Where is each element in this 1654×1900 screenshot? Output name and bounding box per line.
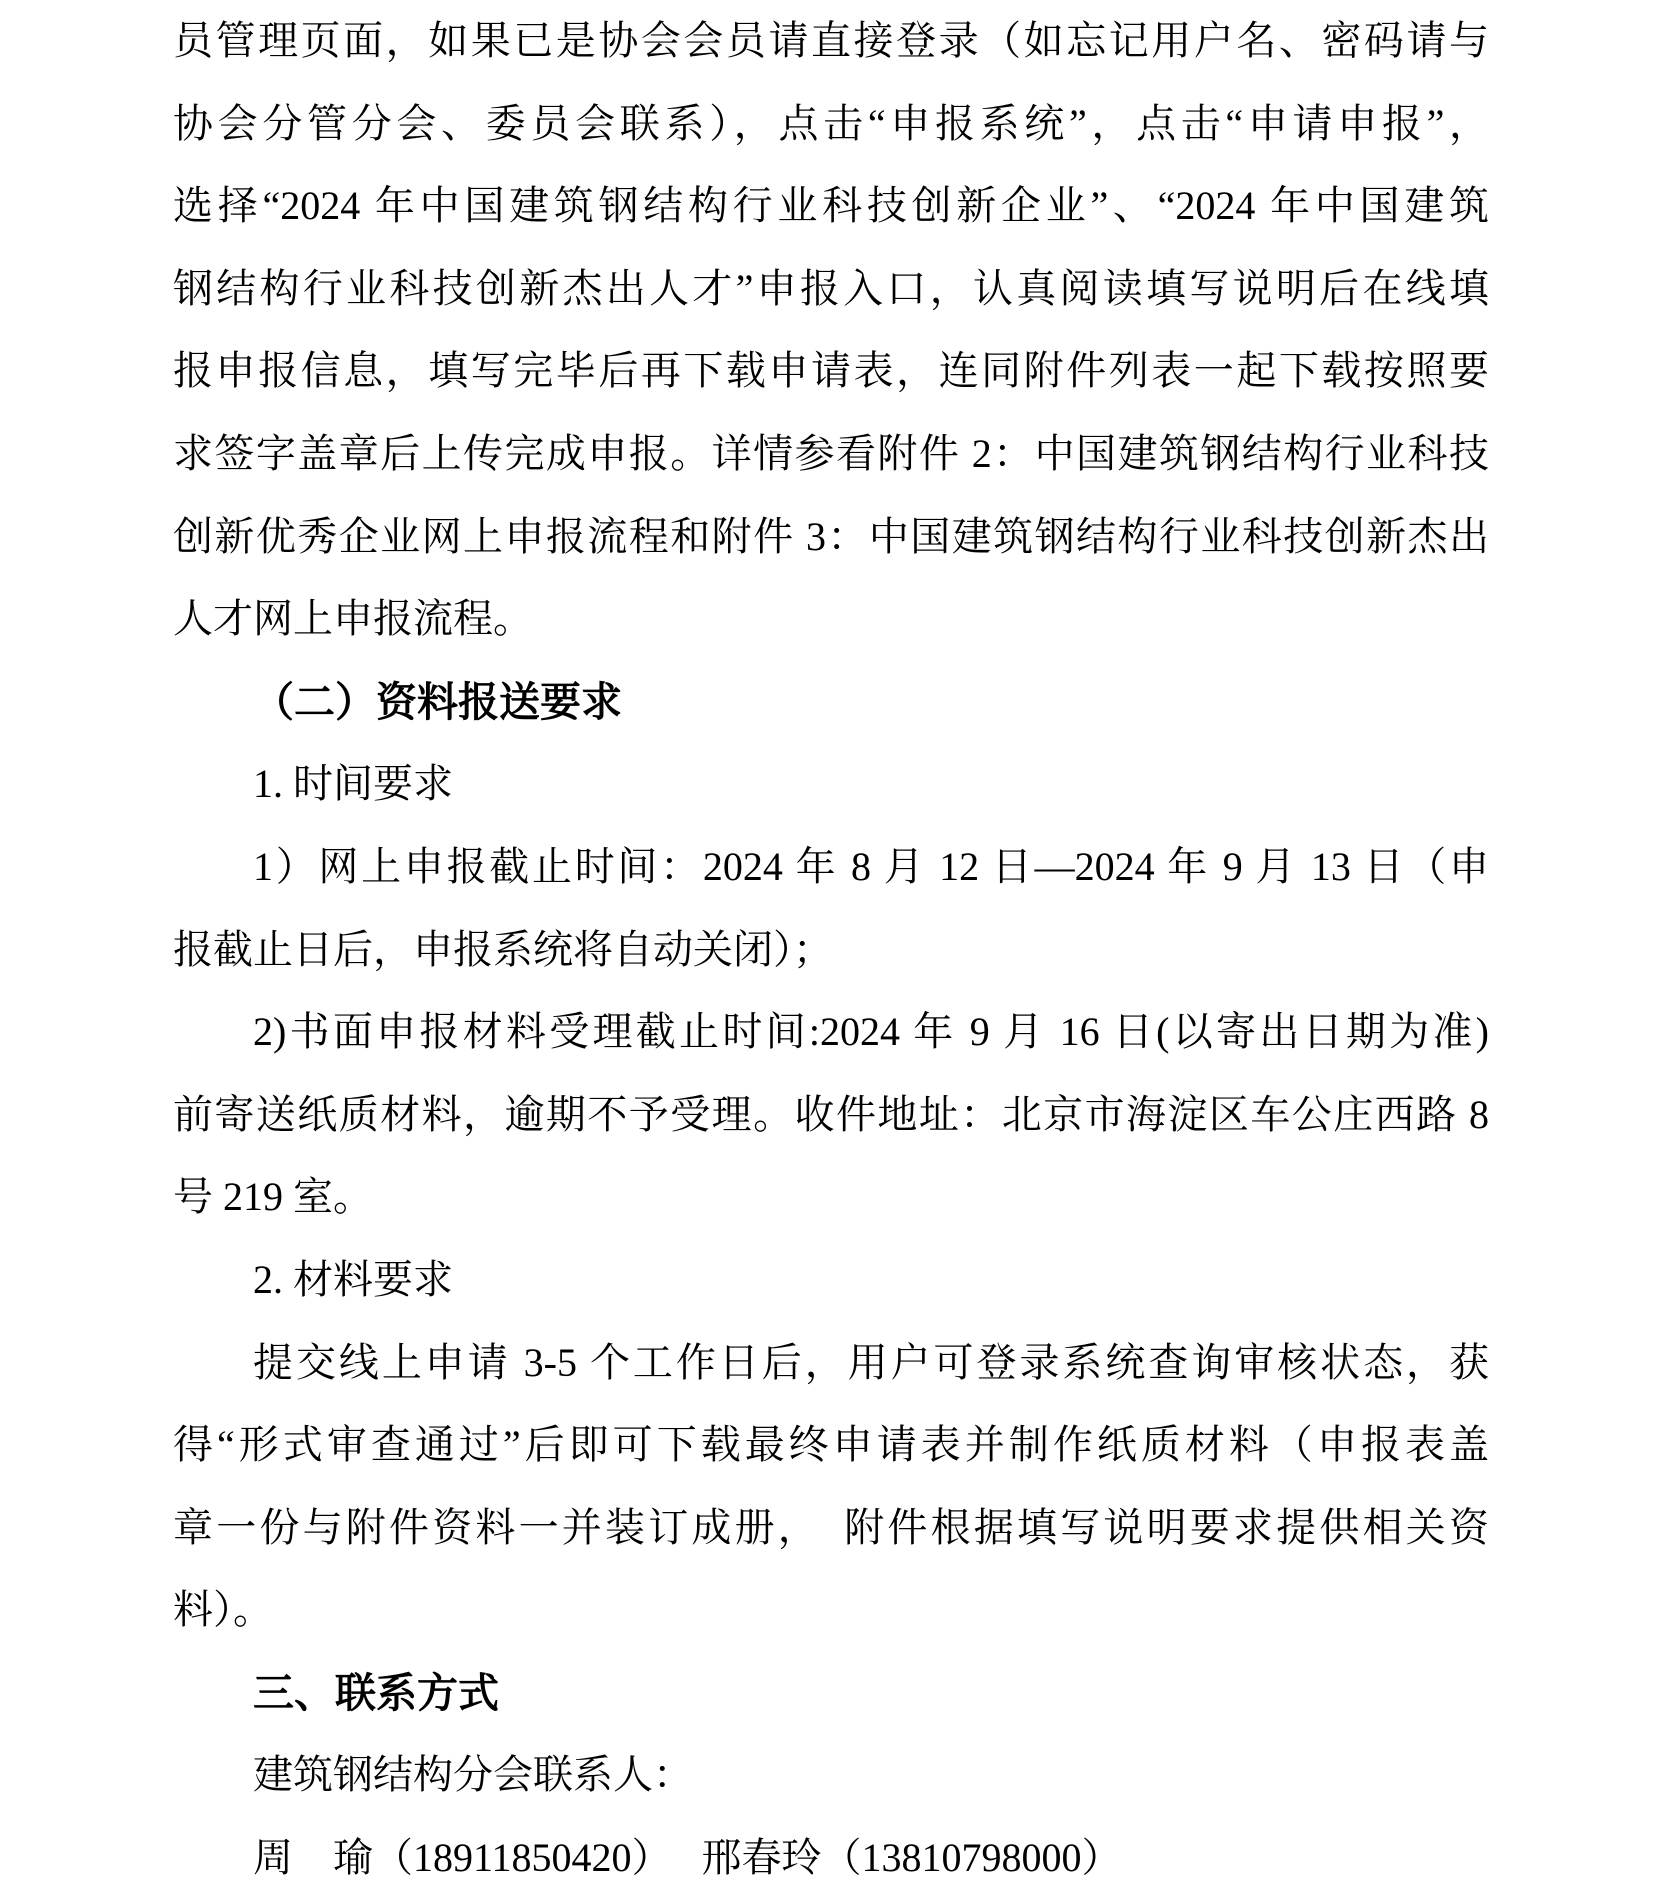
- text-line: 2. 材料要求: [173, 1239, 1489, 1322]
- text-line: 2)书面申报材料受理截止时间:2024 年 9 月 16 日(以寄出日期为准): [173, 991, 1489, 1074]
- text-line: 人才网上申报流程。: [173, 578, 1489, 661]
- text-line: 提交线上申请 3-5 个工作日后，用户可登录系统查询审核状态，获: [173, 1322, 1489, 1405]
- text-line: 得“形式审查通过”后即可下载最终申请表并制作纸质材料（申报表盖: [173, 1404, 1489, 1487]
- text-line: 章一份与附件资料一并装订成册， 附件根据填写说明要求提供相关资: [173, 1487, 1489, 1570]
- text-line: 创新优秀企业网上申报流程和附件 3：中国建筑钢结构行业科技创新杰出: [173, 496, 1489, 579]
- text-line: 报申报信息，填写完毕后再下载申请表，连同附件列表一起下载按照要: [173, 330, 1489, 413]
- section-heading: 三、联系方式: [173, 1652, 1489, 1735]
- text-line: 求签字盖章后上传完成申报。详情参看附件 2：中国建筑钢结构行业科技: [173, 413, 1489, 496]
- text-line: 钢结构行业科技创新杰出人才”申报入口，认真阅读填写说明后在线填: [173, 248, 1489, 331]
- text-line: 选择“2024 年中国建筑钢结构行业科技创新企业”、“2024 年中国建筑: [173, 165, 1489, 248]
- text-line: 建筑钢结构分会联系人：: [173, 1734, 1489, 1817]
- text-line: 周 瑜（18911850420） 邢春玲（13810798000）: [173, 1817, 1489, 1900]
- document-text-block: 员管理页面，如果已是协会会员请直接登录（如忘记用户名、密码请与协会分管分会、委员…: [0, 0, 1654, 1900]
- document-page: 员管理页面，如果已是协会会员请直接登录（如忘记用户名、密码请与协会分管分会、委员…: [0, 0, 1654, 1900]
- text-line: 1）网上申报截止时间：2024 年 8 月 12 日—2024 年 9 月 13…: [173, 826, 1489, 909]
- section-heading: （二）资料报送要求: [173, 661, 1489, 744]
- text-line: 员管理页面，如果已是协会会员请直接登录（如忘记用户名、密码请与: [173, 0, 1489, 83]
- text-line: 协会分管分会、委员会联系），点击“申报系统”，点击“申请申报”，: [173, 83, 1489, 166]
- text-line: 料）。: [173, 1569, 1489, 1652]
- text-line: 号 219 室。: [173, 1156, 1489, 1239]
- text-line: 前寄送纸质材料，逾期不予受理。收件地址：北京市海淀区车公庄西路 8: [173, 1074, 1489, 1157]
- text-line: 报截止日后，申报系统将自动关闭）；: [173, 909, 1489, 992]
- text-line: 1. 时间要求: [173, 743, 1489, 826]
